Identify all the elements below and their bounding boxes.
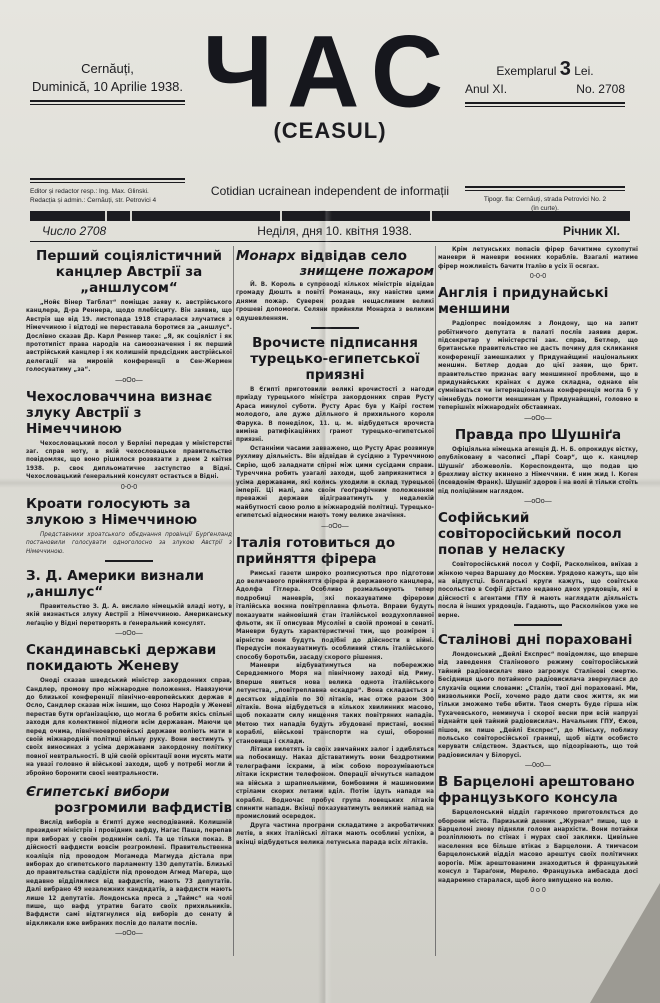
- article-headline: Сталінові дні пораховані: [438, 632, 638, 648]
- end-mark: —0о0—: [438, 761, 638, 771]
- article-socialist-chancellor: Перший соціялістичний канцлер Австрії за…: [26, 248, 232, 386]
- end-mark: —оOо—: [26, 929, 232, 939]
- article-body: Радіопрес повідомляє з Лондону, що на за…: [438, 320, 638, 412]
- article-headline: Софійський совіторосійський посол попав …: [438, 510, 638, 558]
- article-headline: В Барцелоні арештовано французького конс…: [438, 774, 638, 806]
- article-body: Оноді сказав шведський міністер закордон…: [26, 677, 232, 778]
- end-mark: —оOо—: [438, 497, 638, 507]
- newspaper-title: ЧАС: [195, 21, 465, 123]
- article-body: Чехословацький посол у Берліні передав у…: [26, 440, 232, 482]
- date-ukrainian: Неділя, дня 10. квітня 1938.: [257, 224, 412, 238]
- article-headline: Скандинавські держави покидають Женеву: [26, 642, 232, 674]
- article-headline: Монарх відвідав село: [236, 248, 434, 264]
- article-stalin: Сталінові дні пораховані Лондонський „Де…: [438, 632, 638, 771]
- article-italy-fuhrer: Італія готовиться до прийняття фірера Ри…: [236, 535, 434, 847]
- article-body: Й. В. Король в супроводі кількох міністр…: [236, 281, 434, 323]
- article-headline: Італія готовиться до прийняття фірера: [236, 535, 434, 567]
- article-headline: Правда про Шушніґа: [438, 427, 638, 443]
- column-3: Крім летунських попасів фірер бачитиме с…: [438, 246, 638, 899]
- article-egypt-elections: Єгипетські вибори розгромили вафдистів В…: [26, 784, 232, 939]
- end-mark: —оOо—: [26, 376, 232, 386]
- divider: [30, 100, 185, 105]
- divider: [311, 327, 359, 329]
- issue-info-row: Число 2708 Неділя, дня 10. квітня 1938. …: [30, 224, 630, 238]
- year-ukrainian: Річник XI.: [563, 224, 630, 238]
- article-headline-2: знищене пожаром: [236, 264, 434, 278]
- column-1: Перший соціялістичний канцлер Австрії за…: [26, 246, 232, 942]
- newspaper-tagline: Cotidian ucrainean independent de inform…: [195, 184, 465, 198]
- article-body: Вислід виборів в Єгипті дуже несподівани…: [26, 819, 232, 928]
- article-body: Римські газети широко розписуються про п…: [236, 570, 434, 662]
- article-croats: Кроати голосують за злукою з Німеччиною …: [26, 496, 232, 562]
- masthead-right: Exemplarul 3 Lei. Anul XI. No. 2708: [465, 60, 625, 111]
- print-line: Tipogr. fla: Cernăuți, strada Petrovici …: [465, 195, 625, 204]
- masthead-editor-info: Editor și redactor resp.: Ing. Max. Glin…: [30, 174, 185, 205]
- article-body-3: Літаки вилетять із своїх звичайних залог…: [236, 746, 434, 822]
- article-body: Лондонський „Дейлі Експрес“ повідомляє, …: [438, 651, 638, 760]
- date-romanian: Duminică, 10 Aprilie 1938.: [30, 78, 185, 96]
- year-romanian: Anul XI.: [465, 80, 507, 98]
- article-headline: Кроати голосують за злукою з Німеччиною: [26, 496, 232, 528]
- article-body: В Єгипті приготовили великі врочистості …: [236, 386, 434, 445]
- article-turkey-egypt: Врочисте підписання турецько-египетської…: [236, 335, 434, 532]
- end-mark: —оOо—: [26, 629, 232, 639]
- article-body: Офіціяльна німецька агенція Д. Н. Б. опр…: [438, 446, 638, 496]
- article-scandinavia: Скандинавські держави покидають Женеву О…: [26, 642, 232, 778]
- article-body: Представники хроатського обєднання прові…: [26, 531, 232, 556]
- article-barcelona: В Барцелоні арештовано французького конс…: [438, 774, 638, 896]
- divider: [30, 241, 630, 242]
- article-schuschnigg: Правда про Шушніґа Офіціяльна німецька а…: [438, 427, 638, 507]
- article-headline: Перший соціялістичний канцлер Австрії за…: [26, 248, 232, 296]
- article-body: Крім летунських попасів фірер бачитиме с…: [438, 246, 638, 271]
- price: Exemplarul 3 Lei.: [465, 60, 625, 80]
- price-value: 3: [560, 58, 571, 80]
- column-2: Монарх відвідав село знищене пожаром Й. …: [236, 246, 434, 849]
- editor-line: Editor și redactor resp.: Ing. Max. Glin…: [30, 187, 185, 196]
- issue-romanian: No. 2708: [576, 80, 625, 98]
- article-italy-continued: Крім летунських попасів фірер бачитиме с…: [438, 246, 638, 282]
- article-headline: Чехословаччина визнає злуку Австрії з Ні…: [26, 389, 232, 437]
- article-england-minorities: Англія і придунайські меншини Радіопрес …: [438, 285, 638, 423]
- end-mark: 0-0-0: [26, 483, 232, 493]
- article-headline: Врочисте підписання турецько-египетської…: [236, 335, 434, 383]
- office-line: Redacția și admin.: Cernăuți, str. Petro…: [30, 196, 185, 205]
- article-usa: З. Д. Америки визнали „аншлус“ Правитель…: [26, 568, 232, 639]
- article-body: Барцелонський відділ гарячково приготовл…: [438, 809, 638, 885]
- article-body-4: Друга частина програми складатиме з акро…: [236, 822, 434, 847]
- article-headline: Єгипетські вибори: [26, 784, 232, 800]
- issue-number-ua: Число 2708: [30, 224, 106, 238]
- article-body: „Нойє Вінер Тагблат“ поміщає заяву к. ав…: [26, 299, 232, 375]
- article-headline: Англія і придунайські меншини: [438, 285, 638, 317]
- divider: [30, 178, 185, 183]
- divider: [465, 102, 625, 107]
- article-body: Совіторосійський посол у Софії, Расколні…: [438, 561, 638, 620]
- city: Cernăuți,: [30, 60, 185, 78]
- article-headline: З. Д. Америки визнали „аншлус“: [26, 568, 232, 600]
- article-headline-2: розгромили вафдистів: [26, 800, 232, 816]
- end-mark: 0-0-0: [438, 272, 638, 282]
- newspaper-subtitle: (CEASUL): [195, 118, 465, 144]
- article-monarch: Монарх відвідав село знищене пожаром Й. …: [236, 248, 434, 329]
- masthead-print-info: Tipogr. fla: Cernăuți, strada Petrovici …: [465, 182, 625, 213]
- torn-corner: [590, 883, 660, 1003]
- end-mark: —оOо—: [236, 522, 434, 532]
- article-sofia-ambassador: Софійський совіторосійський посол попав …: [438, 510, 638, 626]
- end-mark: —оOо—: [438, 414, 638, 424]
- column-divider: [233, 246, 234, 956]
- article-body-2: Маневри відбуватимуться на побережжю Сер…: [236, 662, 434, 746]
- divider: [105, 560, 153, 562]
- article-body: Правительство З. Д. А. вислало німецькій…: [26, 603, 232, 628]
- masthead-left: Cernăuți, Duminică, 10 Aprilie 1938.: [30, 60, 185, 109]
- column-divider: [435, 246, 436, 956]
- divider: [465, 186, 625, 191]
- newspaper-page: Cernăuți, Duminică, 10 Aprilie 1938. Edi…: [0, 0, 660, 1003]
- divider: [514, 624, 562, 626]
- article-czechoslovakia: Чехословаччина визнає злуку Австрії з Ні…: [26, 389, 232, 493]
- masthead-bar: [30, 211, 630, 221]
- article-body-2: Останніми часами завважено, що Русту Ара…: [236, 445, 434, 521]
